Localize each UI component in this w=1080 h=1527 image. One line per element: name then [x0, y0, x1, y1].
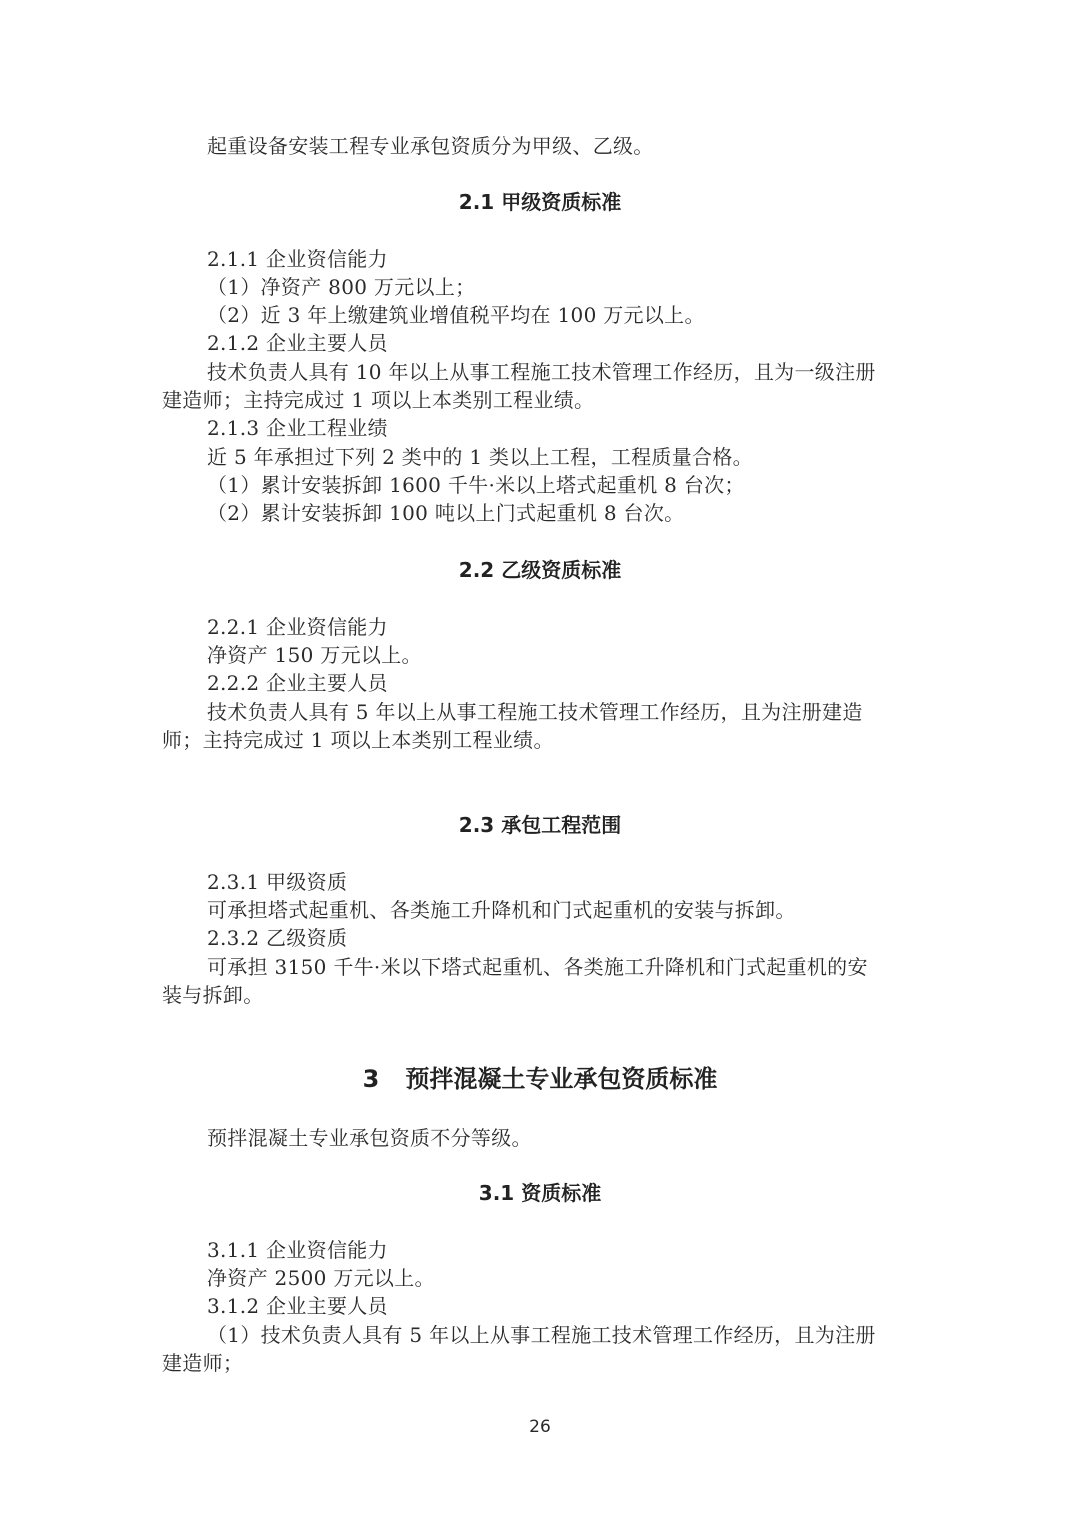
section-heading-2-1: 2.1 甲级资质标准 — [0, 188, 1080, 216]
paragraph-line: 可承担塔式起重机、各类施工升降机和门式起重机的安装与拆卸。 — [207, 896, 796, 924]
paragraph-line: 技术负责人具有 5 年以上从事工程施工技术管理工作经历，且为注册建造 — [207, 698, 863, 726]
subsection-heading-2-1-3: 2.1.3 企业工程业绩 — [207, 414, 388, 442]
chapter-intro: 预拌混凝土专业承包资质不分等级。 — [207, 1124, 532, 1152]
paragraph-line: 建造师； — [162, 1349, 243, 1377]
intro-paragraph: 起重设备安装工程专业承包资质分为甲级、乙级。 — [207, 132, 654, 160]
paragraph-line: 净资产 2500 万元以上。 — [207, 1264, 435, 1292]
chapter-number: 3 — [363, 1065, 380, 1093]
subsection-heading-3-1-1: 3.1.1 企业资信能力 — [207, 1236, 388, 1264]
paragraph-line: 建造师；主持完成过 1 项以上本类别工程业绩。 — [162, 386, 594, 414]
document-page: 起重设备安装工程专业承包资质分为甲级、乙级。 2.1 甲级资质标准 2.1.1 … — [0, 0, 1080, 1527]
paragraph-line: 可承担 3150 千牛·米以下塔式起重机、各类施工升降机和门式起重机的安 — [207, 953, 868, 981]
section-heading-2-3: 2.3 承包工程范围 — [0, 811, 1080, 839]
subsection-heading-3-1-2: 3.1.2 企业主要人员 — [207, 1292, 388, 1320]
paragraph-line: 师；主持完成过 1 项以上本类别工程业绩。 — [162, 726, 554, 754]
paragraph-line: 近 5 年承担过下列 2 类中的 1 类以上工程，工程质量合格。 — [207, 443, 753, 471]
list-item: （2）近 3 年上缴建筑业增值税平均在 100 万元以上。 — [207, 301, 705, 329]
subsection-heading-2-3-1: 2.3.1 甲级资质 — [207, 868, 347, 896]
chapter-heading-3: 3预拌混凝土专业承包资质标准 — [0, 1063, 1080, 1095]
paragraph-line: （1）技术负责人具有 5 年以上从事工程施工技术管理工作经历，且为注册 — [207, 1321, 876, 1349]
section-heading-2-2: 2.2 乙级资质标准 — [0, 556, 1080, 584]
page-number: 26 — [0, 1415, 1080, 1439]
paragraph-line: 净资产 150 万元以上。 — [207, 641, 422, 669]
subsection-heading-2-2-2: 2.2.2 企业主要人员 — [207, 669, 388, 697]
list-item: （2）累计安装拆卸 100 吨以上门式起重机 8 台次。 — [207, 499, 684, 527]
chapter-title: 预拌混凝土专业承包资质标准 — [405, 1065, 717, 1093]
section-heading-3-1: 3.1 资质标准 — [0, 1179, 1080, 1207]
paragraph-line: 装与拆卸。 — [162, 981, 264, 1009]
list-item: （1）累计安装拆卸 1600 千牛·米以上塔式起重机 8 台次； — [207, 471, 745, 499]
subsection-heading-2-3-2: 2.3.2 乙级资质 — [207, 924, 347, 952]
subsection-heading-2-1-2: 2.1.2 企业主要人员 — [207, 329, 388, 357]
list-item: （1）净资产 800 万元以上； — [207, 273, 475, 301]
subsection-heading-2-2-1: 2.2.1 企业资信能力 — [207, 613, 388, 641]
paragraph-line: 技术负责人具有 10 年以上从事工程施工技术管理工作经历，且为一级注册 — [207, 358, 876, 386]
subsection-heading-2-1-1: 2.1.1 企业资信能力 — [207, 245, 388, 273]
